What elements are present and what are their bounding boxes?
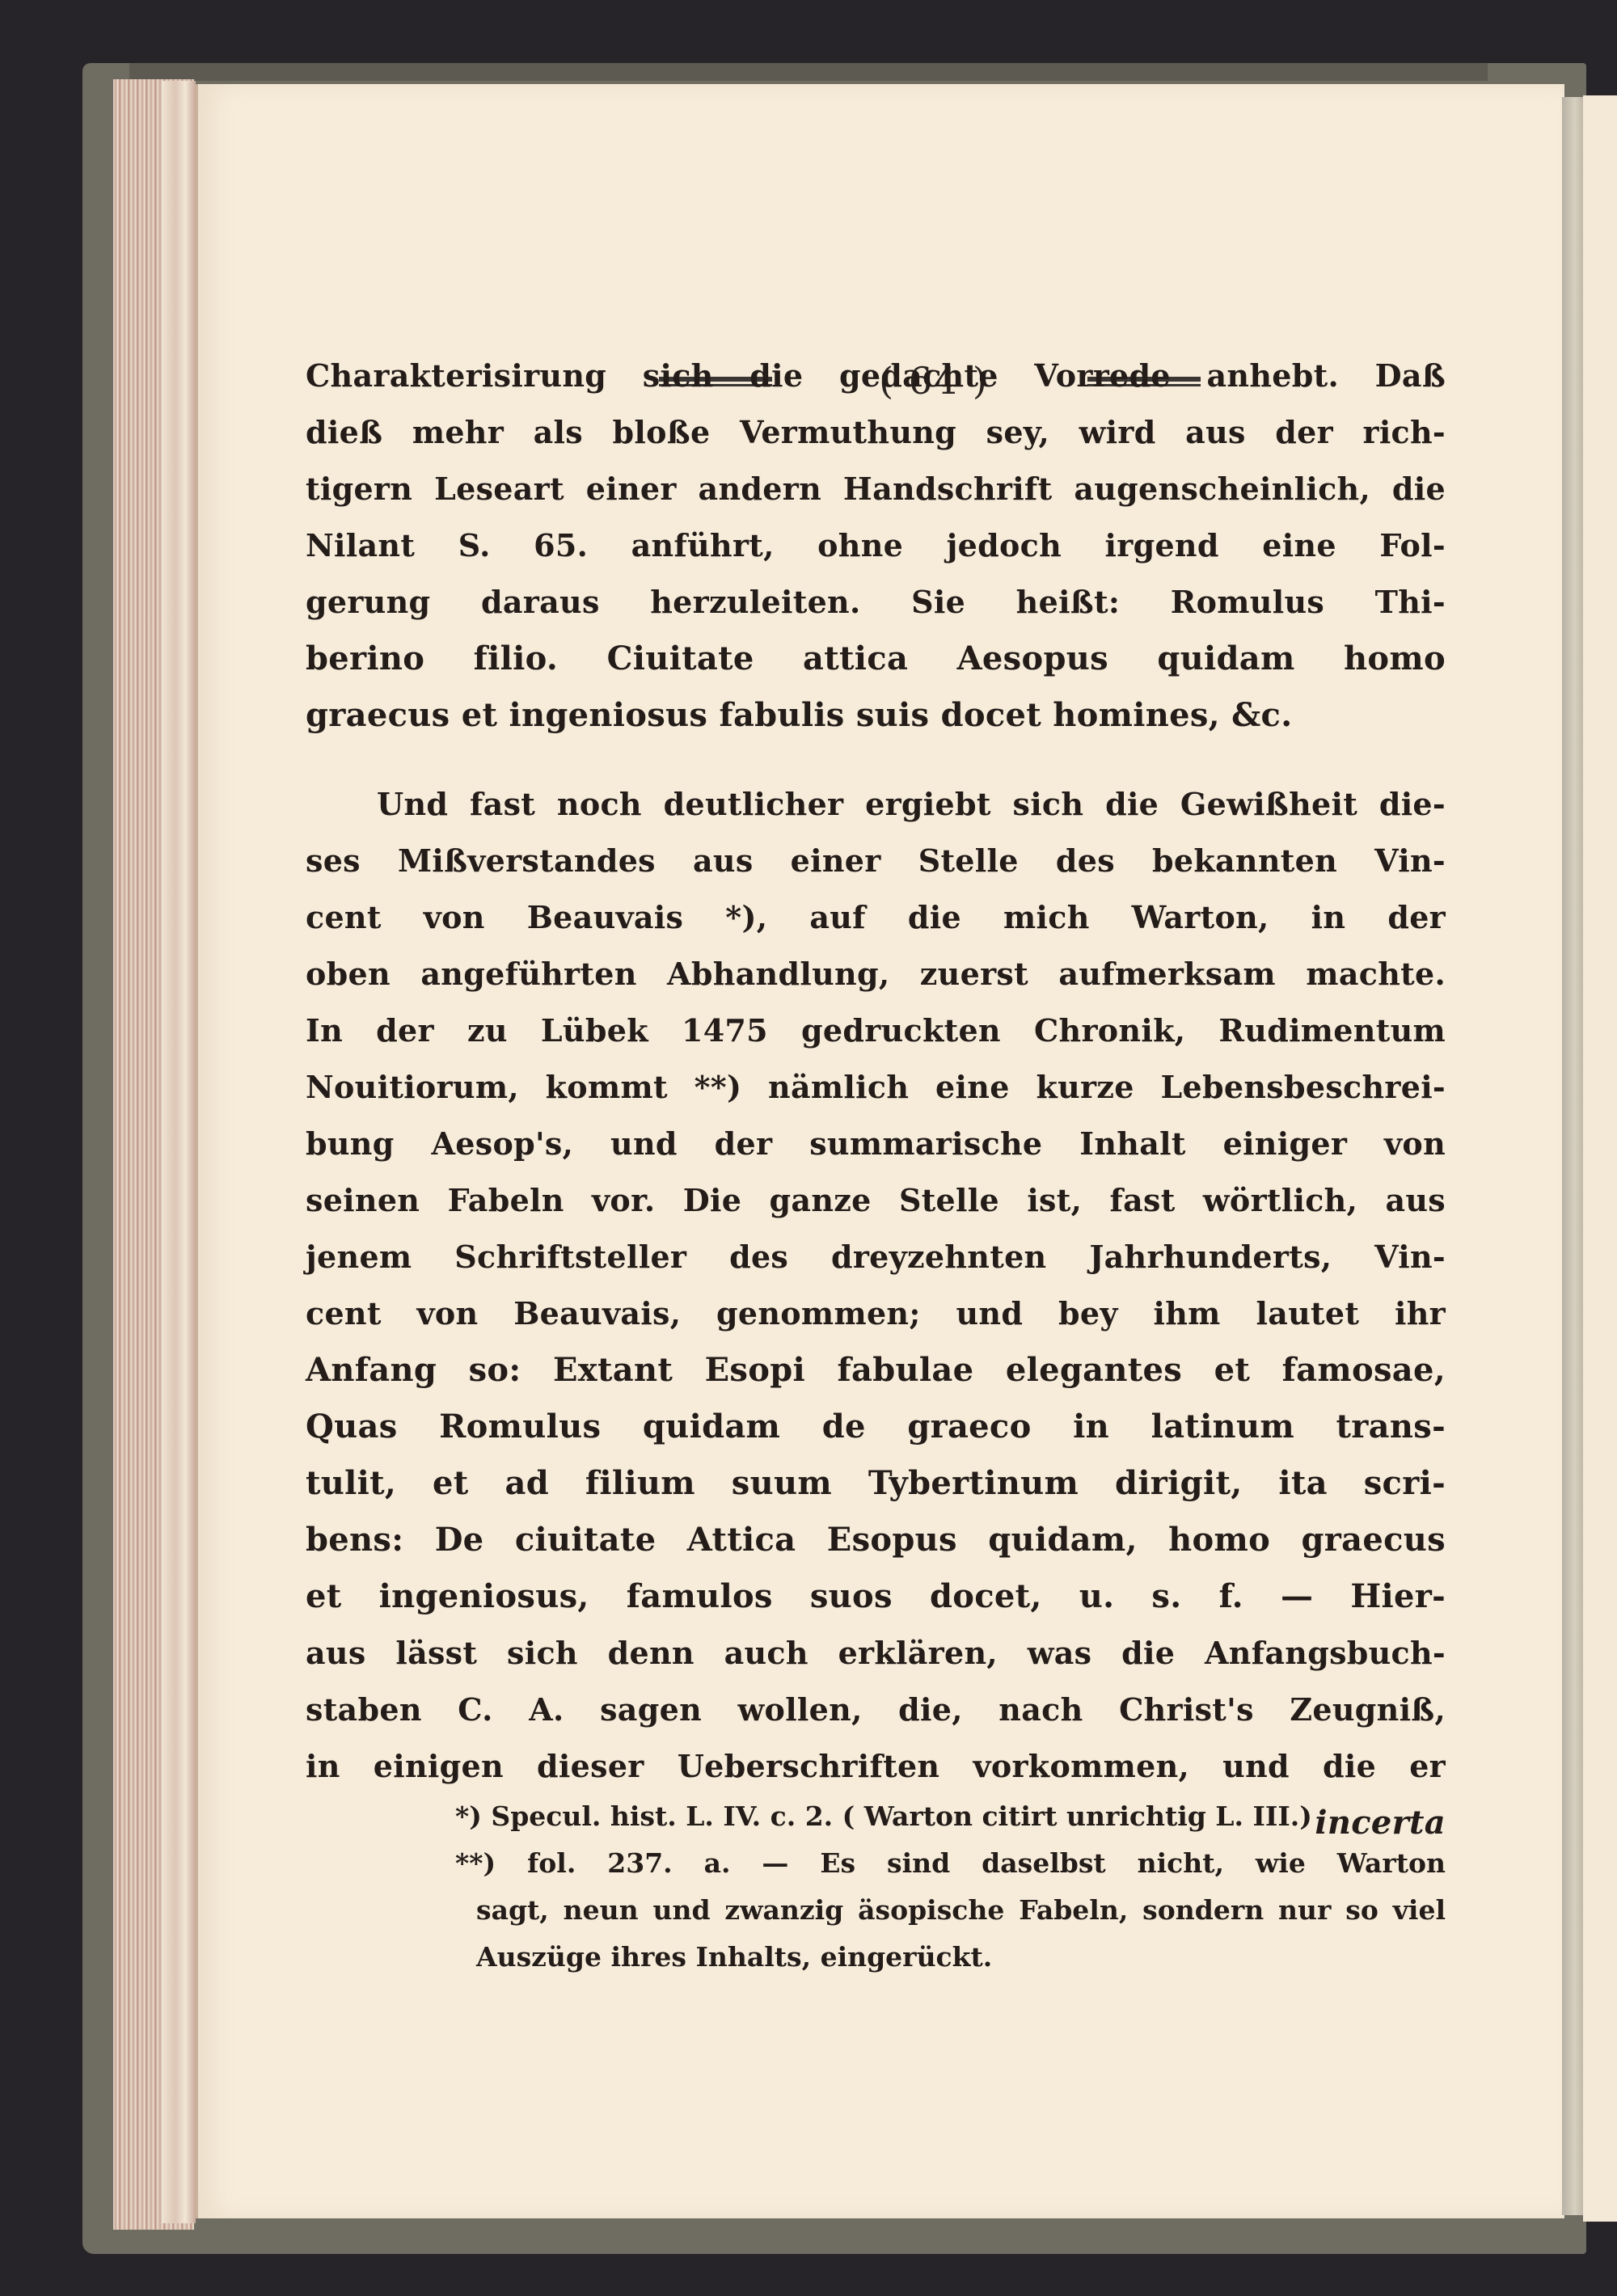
text-line: Nouitiorum, kommt **) nämlich eine kurze… [306, 1059, 1446, 1116]
text-line: Und fast noch deutlicher ergiebt sich di… [306, 776, 1446, 833]
text-line: staben C. A. sagen wollen, die, nach Chr… [306, 1682, 1446, 1738]
text-line: bens: De ciuitate Attica Esopus quidam, … [306, 1512, 1446, 1568]
text-line: Quas Romulus quidam de graeco in latinum… [306, 1399, 1446, 1455]
text-line: jenem Schriftsteller des dreyzehnten Jah… [306, 1229, 1446, 1285]
text-line: gerung daraus herzuleiten. Sie heißt: Ro… [306, 574, 1446, 631]
page-stack-inner [162, 81, 196, 2223]
text-line: graecus et ingeniosus fabulis suis docet… [306, 687, 1446, 744]
text-line: et ingeniosus, famulos suos docet, u. s.… [306, 1568, 1446, 1625]
text-line: Anfang so: Extant Esopi fabulae elegante… [306, 1342, 1446, 1399]
text-line: In der zu Lübek 1475 gedruckten Chronik,… [306, 1002, 1446, 1059]
text-line: Nilant S. 65. anführt, ohne jedoch irgen… [306, 517, 1446, 574]
text-line: Charakterisirung sich die gedachte Vorre… [306, 348, 1446, 404]
footnote-2-continued: Auszüge ihres Inhalts, eingerückt. [455, 1934, 1446, 1981]
text-line: seinen Fabeln vor. Die ganze Stelle ist,… [306, 1172, 1446, 1229]
text-line: tulit, et ad filium suum Tybertinum diri… [306, 1455, 1446, 1512]
paragraph-2: Und fast noch deutlicher ergiebt sich di… [306, 776, 1446, 1851]
footnote-marker: **) [455, 1847, 496, 1879]
book-page: ( 64 ) Charakterisirung sich die gedacht… [196, 84, 1564, 2218]
footnotes: *) Specul. hist. L. IV. c. 2. ( Warton c… [455, 1793, 1446, 1981]
text-line: bung Aesop's, und der summarische Inhalt… [306, 1116, 1446, 1172]
footnote-2: **) fol. 237. a. — Es sind daselbst nich… [455, 1840, 1446, 1887]
gutter-shadow [1562, 97, 1583, 2215]
text-line: dieß mehr als bloße Vermuthung sey, wird… [306, 404, 1446, 461]
text-line: ses Mißverstandes aus einer Stelle des b… [306, 833, 1446, 889]
facing-page-edge [1583, 95, 1617, 2222]
footnote-text: Specul. hist. L. IV. c. 2. ( Warton citi… [491, 1800, 1312, 1832]
text-line: cent von Beauvais *), auf die mich Warto… [306, 889, 1446, 946]
paragraph-1: Charakterisirung sich die gedachte Vorre… [306, 348, 1446, 744]
footnote-1: *) Specul. hist. L. IV. c. 2. ( Warton c… [455, 1793, 1446, 1840]
text-line: cent von Beauvais, genommen; und bey ihm… [306, 1285, 1446, 1342]
text-line: tigern Leseart einer andern Handschrift … [306, 461, 1446, 517]
body-text: Charakterisirung sich die gedachte Vorre… [306, 348, 1446, 1851]
footnote-text: fol. 237. a. — Es sind daselbst nicht, w… [527, 1847, 1446, 1879]
footnote-2-continued: sagt, neun und zwanzig äsopische Fabeln,… [455, 1887, 1446, 1934]
text-line: aus lässt sich denn auch erklären, was d… [306, 1625, 1446, 1682]
book-cover-edge [129, 63, 1488, 81]
paragraph-gap [306, 744, 1446, 776]
text-line: in einigen dieser Ueberschriften vorkomm… [306, 1738, 1446, 1795]
footnote-marker: *) [455, 1800, 482, 1832]
text-line: oben angeführten Abhandlung, zuerst aufm… [306, 946, 1446, 1002]
text-line: berino filio. Ciuitate attica Aesopus qu… [306, 631, 1446, 687]
